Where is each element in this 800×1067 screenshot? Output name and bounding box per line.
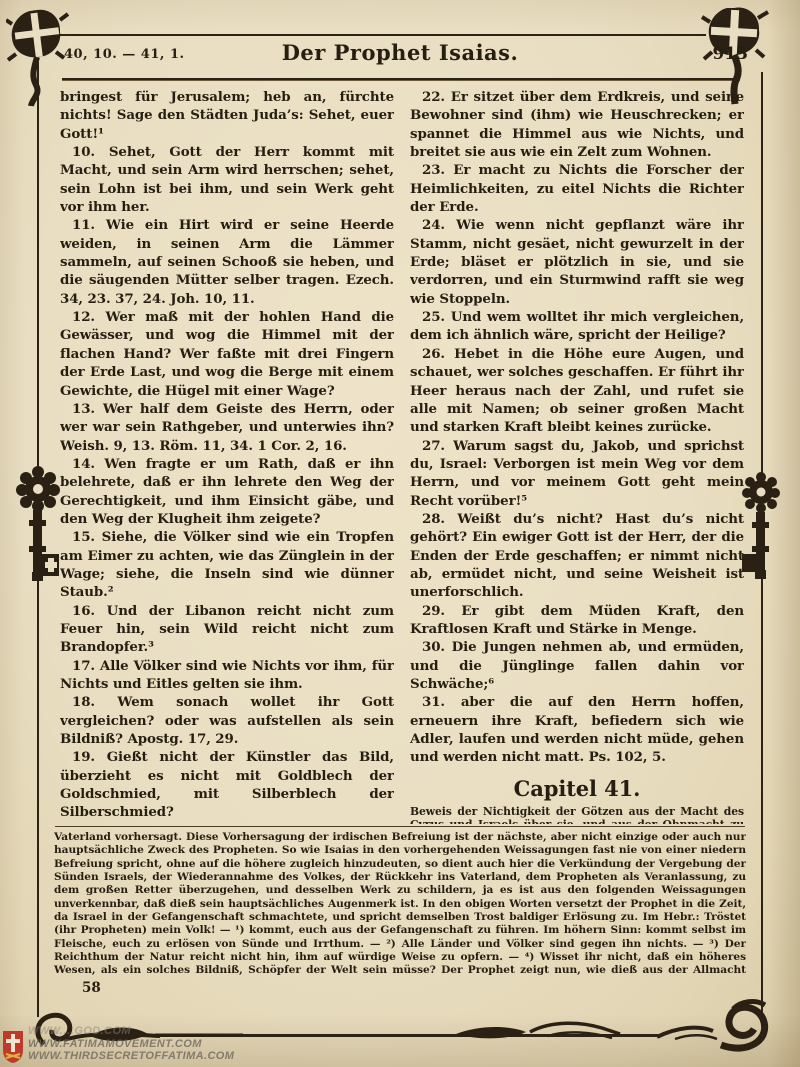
verse-paragraph: 27. Warum sagst du, Jakob, und sprichst … bbox=[410, 437, 744, 510]
watermark-text: WWW.…GOD.COM WWW.FATIMAMOVEMENT.COM WWW.… bbox=[28, 1025, 234, 1063]
sheet-signature: 58 bbox=[82, 980, 101, 996]
watermark-line: WWW.THIRDSECRETOFFATIMA.COM bbox=[28, 1050, 234, 1063]
key-ornament-icon bbox=[16, 462, 62, 594]
text-columns: bringest für Jerusalem; heb an, fürchte … bbox=[60, 88, 744, 824]
verse-paragraph: 24. Wie wenn nicht gepflanzt wäre ihr St… bbox=[410, 216, 744, 308]
verse-paragraph: 23. Er macht zu Nichts die Forscher der … bbox=[410, 161, 744, 216]
verse-paragraph: 22. Er sitzet über dem Erdkreis, und sei… bbox=[410, 88, 744, 161]
verse-paragraph: 18. Wem sonach wollet ihr Gott vergleich… bbox=[60, 693, 394, 748]
watermark-line: WWW.FATIMAMOVEMENT.COM bbox=[28, 1038, 234, 1051]
verse-paragraph: 16. Und der Libanon reicht nicht zum Feu… bbox=[60, 602, 394, 657]
shield-emblem-icon bbox=[2, 1030, 24, 1064]
watermark-line: WWW.…GOD.COM bbox=[28, 1025, 234, 1038]
verse-paragraph: 20. Gutes Holz, das nicht faulet, wählet… bbox=[60, 822, 394, 824]
verse-paragraph: 29. Er gibt dem Müden Kraft, den Kraftlo… bbox=[410, 602, 744, 639]
verse-paragraph: 14. Wen fragte er um Rath, daß er ihn be… bbox=[60, 455, 394, 528]
verse-paragraph: 26. Hebet in die Höhe eure Augen, und sc… bbox=[410, 345, 744, 437]
verse-paragraph: 15. Siehe, die Völker sind wie ein Tropf… bbox=[60, 528, 394, 601]
verse-paragraph: bringest für Jerusalem; heb an, fürchte … bbox=[60, 88, 394, 143]
key-ornament-icon bbox=[740, 468, 782, 588]
left-column: bringest für Jerusalem; heb an, fürchte … bbox=[60, 88, 394, 824]
verse-paragraph: 12. Wer maß mit der hohlen Hand die Gewä… bbox=[60, 308, 394, 400]
footnotes-block: Vaterland vorhersagt. Diese Vorhersagung… bbox=[54, 831, 746, 979]
footnote-paragraph: Vaterland vorhersagt. Diese Vorhersagung… bbox=[54, 831, 746, 979]
verse-paragraph: 19. Gießt nicht der Künstler das Bild, ü… bbox=[60, 748, 394, 821]
border-top-rule bbox=[56, 34, 706, 36]
verse-paragraph: 31. aber die auf den Herrn hoffen, erneu… bbox=[410, 693, 744, 766]
chapter-summary: Beweis der Nichtigkeit der Götzen aus de… bbox=[410, 805, 744, 824]
right-column: 22. Er sitzet über dem Erdkreis, und sei… bbox=[410, 88, 744, 824]
verse-paragraph: 30. Die Jungen nehmen ab, und ermüden, u… bbox=[410, 638, 744, 693]
verse-paragraph: 25. Und wem wolltet ihr mich vergleichen… bbox=[410, 308, 744, 345]
verse-paragraph: 10. Sehet, Gott der Herr kommt mit Macht… bbox=[60, 143, 394, 216]
flourish-ornament-icon bbox=[655, 995, 780, 1063]
header-divider-rule bbox=[62, 78, 740, 81]
verse-paragraph: 28. Weißt du’s nicht? Hast du’s nicht ge… bbox=[410, 510, 744, 602]
verse-paragraph: 13. Wer half dem Geiste des Herrn, oder … bbox=[60, 400, 394, 455]
flourish-ornament-icon bbox=[452, 1014, 622, 1048]
verse-paragraph: 11. Wie ein Hirt wird er seine Heerde we… bbox=[60, 216, 394, 308]
chapter-heading: Capitel 41. bbox=[410, 776, 744, 802]
footnote-divider-rule bbox=[55, 826, 745, 827]
page-number: 913 bbox=[713, 44, 749, 64]
page-title: Der Prophet Isaias. bbox=[0, 40, 800, 65]
scanned-book-page: 40, 10. — 41, 1. Der Prophet Isaias. 913… bbox=[0, 0, 800, 1067]
verse-paragraph: 17. Alle Völker sind wie Nichts vor ihm,… bbox=[60, 657, 394, 694]
